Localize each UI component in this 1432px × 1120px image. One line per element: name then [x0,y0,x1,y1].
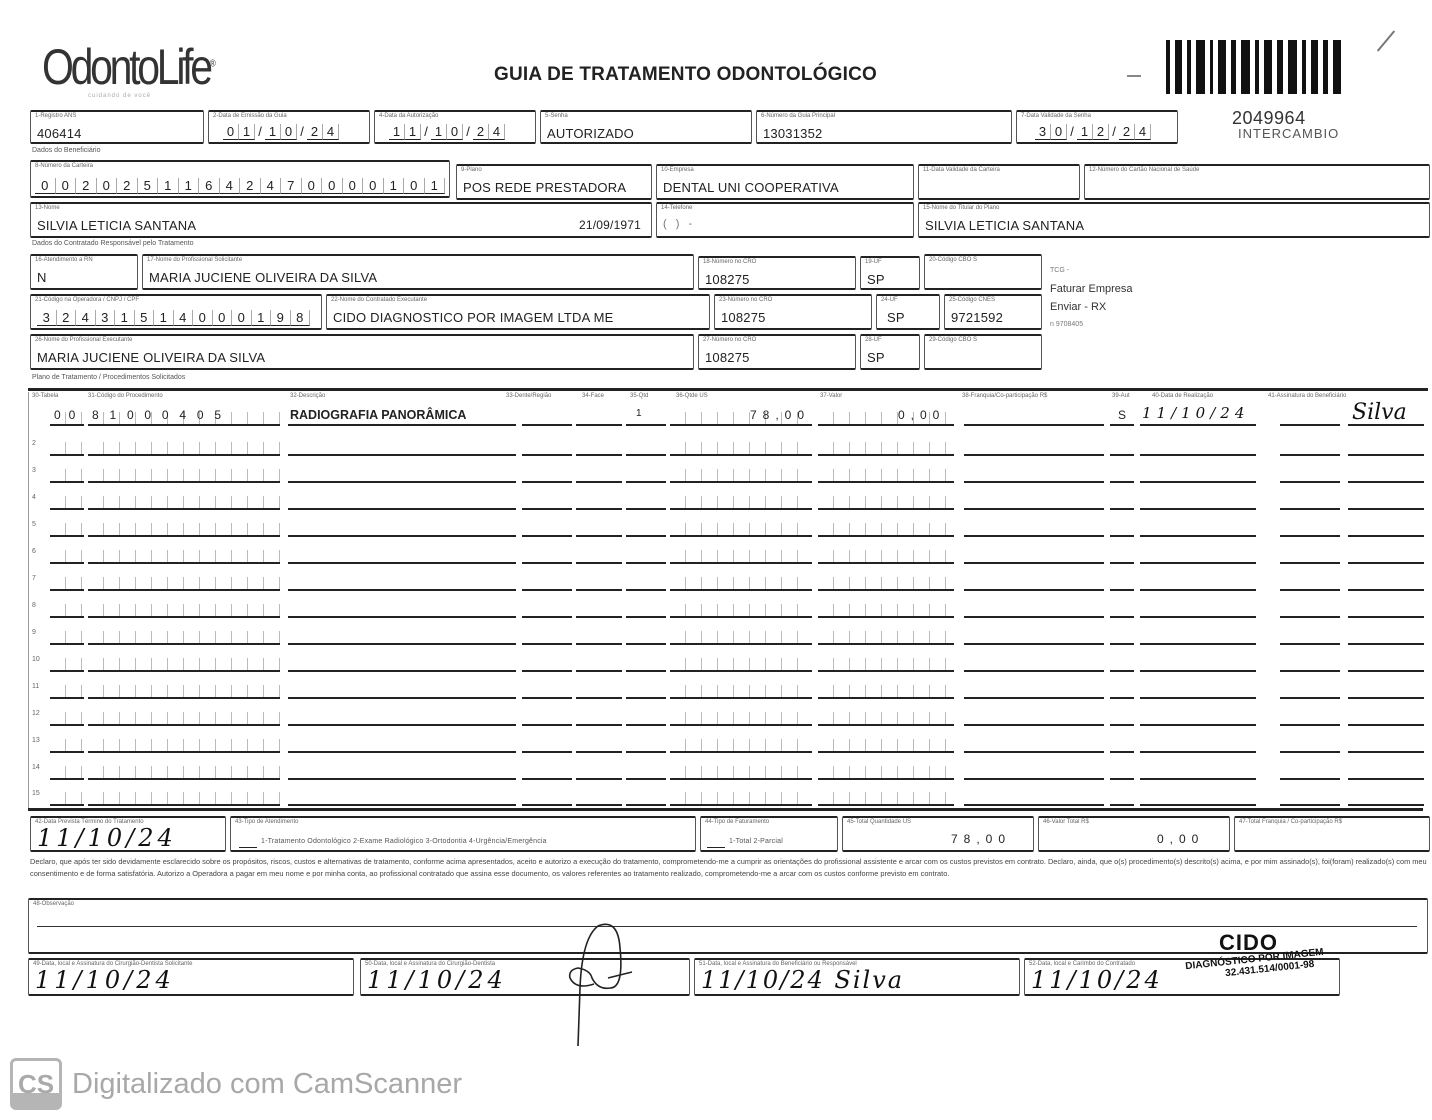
table-row[interactable]: 14 [30,762,1425,782]
company-stamp: CIDO DIAGNÓSTICO POR IMAGEM 32.431.514/0… [1185,930,1324,974]
dentist-signature-icon [548,918,638,1048]
titular-field[interactable]: 15-Nome do Titular do Plano SILVIA LETIC… [918,202,1430,238]
pen-mark [1377,30,1395,51]
beneficiary-signature: Silva [1352,400,1407,425]
guide-type: INTERCAMBIO [1238,126,1339,141]
cnes-field[interactable]: 25-Código CNES 9721592 [944,294,1042,330]
sig-dentista-field[interactable]: 50-Data, local e Assinatura do Cirurgião… [360,958,690,996]
table-row[interactable]: 2 [30,438,1425,458]
grid-bottom-border [28,808,1423,811]
birth-date: 21/09/1971 [579,218,641,232]
page-title: GUIA DE TRATAMENTO ODONTOLÓGICO [494,64,877,86]
cro-executante-field[interactable]: 27-Número no CRO 108275 [698,334,856,370]
pen-mark [1127,75,1141,77]
tipo-atendimento-checkbox[interactable] [239,838,257,848]
tipo-faturamento-field[interactable]: 44-Tipo de Faturamento 1-Total 2-Parcial [700,816,838,852]
date-digits: 30/12/24 [1035,124,1151,140]
validade-carteira-field[interactable]: 11-Data Validade da Carteira [918,164,1080,200]
table-row[interactable]: 3 [30,465,1425,485]
empresa-field[interactable]: 10-Empresa DENTAL UNI COOPERATIVA [656,164,914,200]
uf-executante-field[interactable]: 28-UF SP [860,334,920,370]
sig-solicitante-field[interactable]: 49-Data, local e Assinatura do Cirurgião… [28,958,354,996]
camscanner-watermark: CS Digitalizado com CamScanner [10,1058,462,1110]
table-row[interactable]: 4 [30,492,1425,512]
table-row[interactable]: 00 81000405 RADIOGRAFIA PANORÂMICA 1 78,… [30,408,1425,428]
cns-field[interactable]: 12-Número do Cartão Nacional de Saúde [1084,164,1430,200]
odontolife-logo: OdontoLife® [42,38,216,96]
section-beneficiario: Dados do Beneficiário [32,147,101,154]
logo-tagline: cuidando de você [88,93,151,99]
senha-field[interactable]: 5-Senha AUTORIZADO [540,110,752,144]
section-contratado: Dados do Contratado Responsável pelo Tra… [32,240,194,247]
data-autorizacao-field[interactable]: 4-Data da Autorização 11/10/24 [374,110,536,144]
carteira-digits: 00202511642470000101 [35,178,445,194]
date-digits: 11/10/24 [389,124,505,140]
carteira-field[interactable]: 8-Número da Carteira 0020251164247000010… [30,160,450,198]
contratado-executante-field[interactable]: 22-Nome do Contratado Executante CIDO DI… [326,294,710,330]
guia-principal-field[interactable]: 6-Número da Guia Principal 13031352 [756,110,1012,144]
uf-contratado-field[interactable]: 24-UF SP [876,294,940,330]
table-row[interactable]: 6 [30,546,1425,566]
sig-beneficiario-field[interactable]: 51-Data, local e Assinatura do Beneficiá… [694,958,1020,996]
cbo-solicitante-field[interactable]: 20-Código CBO S [924,254,1042,290]
total-franquia-field[interactable]: 47-Total Franquia / Co-participação R$ [1234,816,1430,852]
data-termino-field[interactable]: 42-Data Prevista Término do Tratamento 1… [30,816,226,852]
table-row[interactable]: 12 [30,708,1425,728]
date-digits: 01/10/24 [223,124,339,140]
camscanner-icon: CS [10,1058,62,1110]
table-row[interactable]: 8 [30,600,1425,620]
tipo-faturamento-checkbox[interactable] [707,838,725,848]
table-row[interactable]: 11 [30,681,1425,701]
table-row[interactable]: 13 [30,735,1425,755]
registro-ans-field[interactable]: 1-Registro ANS 406414 [30,110,204,144]
profissional-solicitante-field[interactable]: 17-Nome do Profissional Solicitante MARI… [142,254,694,290]
validade-senha-field[interactable]: 7-Data Validade da Senha 30/12/24 [1016,110,1178,144]
cnpj-digits: 32431514000198 [37,310,310,326]
table-row[interactable]: 10 [30,654,1425,674]
table-row[interactable]: 7 [30,573,1425,593]
nome-beneficiario-field[interactable]: 13-Nome SILVIA LETICIA SANTANA 21/09/197… [30,202,652,238]
table-row[interactable]: 15 [30,788,1425,808]
cro-solicitante-field[interactable]: 18-Número no CRO 108275 [698,256,856,290]
section-plano-tratamento: Plano de Tratamento / Procedimentos Soli… [32,374,185,381]
profissional-executante-field[interactable]: 26-Nome do Profissional Executante MARIA… [30,334,694,370]
uf-solicitante-field[interactable]: 19-UF SP [860,256,920,290]
grid-left-border [28,392,29,810]
atendimento-rn-field[interactable]: 16-Atendimento a RN N [30,254,138,290]
handwritten-notes: TCG - Faturar Empresa Enviar - RX n 9708… [1050,262,1133,334]
procedure-description: RADIOGRAFIA PANORÂMICA [290,408,466,422]
cbo-executante-field[interactable]: 29-Código CBO S [924,334,1042,370]
codigo-operadora-field[interactable]: 21-Código na Operadora / CNPJ / CPF 3243… [30,294,322,330]
data-emissao-field[interactable]: 2-Data de Emissão da Guia 01/10/24 [208,110,370,144]
tipo-atendimento-field[interactable]: 43-Tipo de Atendimento 1-Tratamento Odon… [230,816,696,852]
grid-header: 30-Tabela 31-Código do Procedimento 32-D… [30,393,1430,403]
table-row[interactable]: 5 [30,519,1425,539]
grid-top-border [28,388,1428,391]
valor-total-field[interactable]: 46-Valor Total R$ 0,00 [1038,816,1230,852]
barcode-icon [1166,40,1358,94]
cro-contratado-field[interactable]: 23-Número no CRO 108275 [714,294,872,330]
total-us-field[interactable]: 45-Total Quantidade US 78,00 [842,816,1034,852]
table-row[interactable]: 9 [30,627,1425,647]
declaration-text: Declaro, que após ter sido devidamente e… [30,856,1430,880]
plano-field[interactable]: 9-Plano POS REDE PRESTADORA [456,164,652,200]
telefone-field[interactable]: 14-Telefone ( ) - [656,202,914,238]
